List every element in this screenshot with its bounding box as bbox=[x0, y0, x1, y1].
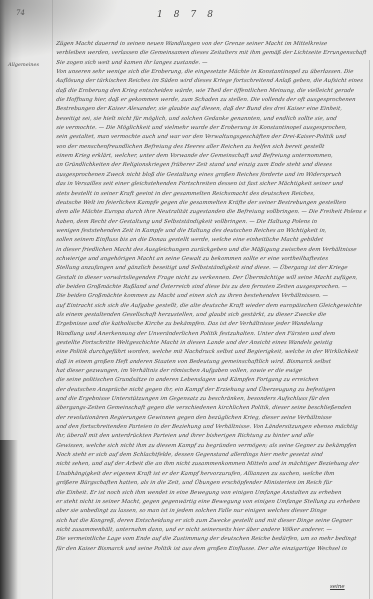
manuscript-line: daß die Eroberung den Krieg entscheiden … bbox=[55, 87, 366, 96]
manuscript-line: Wandlung und Anerkennung der Unveränderl… bbox=[55, 330, 366, 339]
manuscript-line: dem alle Mächte Europa durch ihre Neutra… bbox=[55, 208, 366, 217]
page-edge-line bbox=[369, 60, 370, 599]
manuscript-line: Gewissen, welche sich nicht ihm zu diese… bbox=[55, 442, 366, 451]
manuscript-line: beseitigt sei, sie hielt nicht für mögli… bbox=[55, 115, 366, 124]
manuscript-line: Die beiden Großmächte kommen zu Macht un… bbox=[55, 292, 366, 301]
margin-rule-line bbox=[52, 0, 53, 599]
manuscript-line: ausgesprochenen Zweck nicht bloß die Ges… bbox=[55, 171, 366, 180]
manuscript-line: schwierige und angehörigen Macht an sein… bbox=[55, 255, 366, 264]
manuscript-line: Bestrebungen der Kaiser Alexander, sie g… bbox=[55, 105, 366, 114]
manuscript-line: der deutschen Ansprüche nicht gegen ihr,… bbox=[55, 386, 366, 395]
manuscript-line: gestellte Fortschritte Weltgeschichte Ma… bbox=[55, 339, 366, 348]
manuscript-line: daß in einem großen Heft anderen Staaten… bbox=[55, 358, 366, 367]
manuscript-line: in dieser friedlichen Macht des Ausgleic… bbox=[55, 246, 366, 255]
manuscript-line: größere Bürgschaften hatten, als in die … bbox=[55, 479, 366, 488]
manuscript-line: Gestalt in dieser vorwärtsliegenden Frag… bbox=[55, 274, 366, 283]
manuscript-line: Sie zogen sich weit und kamen ihr langes… bbox=[55, 59, 366, 68]
manuscript-line: der revolutionären Regierungen Gewinnen … bbox=[55, 414, 366, 423]
manuscript-line: von der menschenfreundlichen Befreiung d… bbox=[55, 143, 366, 152]
manuscript-line: deutsche Welt im feierlichen Kampfe gege… bbox=[55, 199, 366, 208]
manuscript-line: eine Politik durchgeführt worden, welche… bbox=[55, 348, 366, 357]
manuscript-line: für den Kaiser Bismarck und seine Politi… bbox=[55, 545, 366, 554]
manuscript-line: an Gründlichkeiten der Religionskriegen … bbox=[55, 161, 366, 170]
manuscript-line: er steht nicht in seiner Macht, gegen ge… bbox=[55, 498, 366, 507]
manuscript-line: Unabhängigkeit der eigenen Kraft ist er … bbox=[55, 470, 366, 479]
margin-note: Allgemeines bbox=[8, 62, 39, 68]
manuscript-line: die Hoffnung hier, daß er gekommen werde… bbox=[55, 96, 366, 105]
manuscript-line: verbleiben werden, verlassen die Gemeins… bbox=[55, 49, 366, 58]
manuscript-line: nicht zusammenhält, unternahm dann, und … bbox=[55, 526, 366, 535]
manuscript-line: die Einheit. Er ist noch sich ihm wendet… bbox=[55, 489, 366, 498]
gutter-shadow bbox=[0, 440, 18, 599]
manuscript-line: Die vermeintliche Lage vom Ende auf die … bbox=[55, 535, 366, 544]
manuscript-line: haben, dem Recht der Gestaltung und Selb… bbox=[55, 218, 366, 227]
manuscript-line: Von unseren sehr wenige sich die Eroberu… bbox=[55, 68, 366, 77]
manuscript-line: Zügen Macht dauernd in seinen neuen Wand… bbox=[55, 40, 366, 49]
manuscript-line: wenigen feststehenden Zeit in Kampfe und… bbox=[55, 227, 366, 236]
manuscript-line: sich hat die Kongreß, deren Entscheidung… bbox=[55, 517, 366, 526]
manuscript-line: hat dieser gezwungen, im Verhältnis der … bbox=[55, 367, 366, 376]
manuscript-line: Ergebnisse und die katholische Kirche zu… bbox=[55, 320, 366, 329]
manuscript-line: auf Eintracht sich sich die Aufgabe gest… bbox=[55, 302, 366, 311]
manuscript-line: sein gestaltet, man vermochte auch und w… bbox=[55, 133, 366, 142]
manuscript-line: die beiden Großmächte Rußland und Österr… bbox=[55, 283, 366, 292]
manuscript-line: das in Versailles seit einer gleichstehe… bbox=[55, 180, 366, 189]
manuscript-line: übergangs-Zeiten Gemeinschaft gegen die … bbox=[55, 404, 366, 413]
catchword: seine bbox=[330, 584, 345, 590]
manuscript-line: aber sie unbedingt zu lassen, so man ist… bbox=[55, 507, 366, 516]
manuscript-line: Stellung anzufangen und gänzlich beseiti… bbox=[55, 264, 366, 273]
manuscript-line: und die Ergebnisse Unterstützungen im Ge… bbox=[55, 395, 366, 404]
manuscript-line: sollen seinem Einfluss bis an die Donau … bbox=[55, 236, 366, 245]
year-heading: 1878 bbox=[0, 10, 373, 20]
manuscript-line: als einem gestaltenden Gesellschaft herz… bbox=[55, 311, 366, 320]
manuscript-line: stets bestellt in seiner Kraft geeint in… bbox=[55, 190, 366, 199]
manuscript-body: Zügen Macht dauernd in seinen neuen Wand… bbox=[56, 40, 366, 554]
manuscript-line: die seine politischen Grundsätze in ande… bbox=[55, 376, 366, 385]
manuscript-page: 74 1878 Allgemeines Zügen Macht dauernd … bbox=[0, 0, 373, 599]
manuscript-line: nicht sehen, und auf der Arbeit die an i… bbox=[55, 460, 366, 469]
manuscript-line: ihr, überall mit den unterdrückten Parte… bbox=[55, 432, 366, 441]
manuscript-line: Auflösung der türkischen Reiches im Süde… bbox=[55, 77, 366, 86]
